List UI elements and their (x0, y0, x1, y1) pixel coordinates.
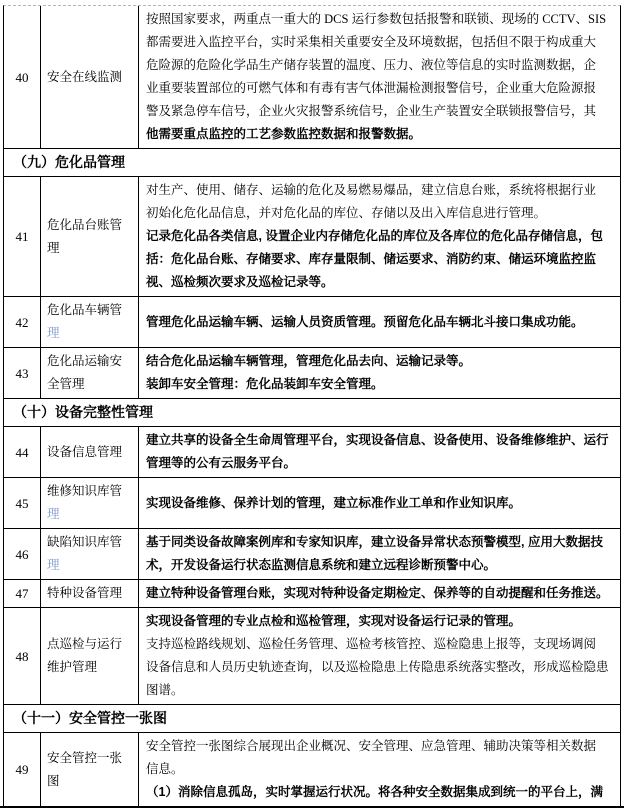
row-name-text: 点巡检与运行维护管理 (47, 633, 133, 679)
row-description-cell: 安全管控一张图综合展现出企业概况、安全管理、应急管理、辅助决策等相关数据 信息。… (139, 733, 620, 806)
row-name-text: 特种设备管理 (47, 582, 133, 605)
row-name-cell: 点巡检与运行维护管理 (41, 608, 139, 704)
description-paragraph: 装卸车安全管理：危化品装卸车安全管理。 (146, 373, 616, 396)
row-name-cell: 设备信息管理 (41, 427, 139, 477)
description-paragraph: 管理危化品运输车辆、运输人员资质管理。预留危化品车辆北斗接口集成功能。 (146, 311, 616, 334)
row-name-text: 危化品台账管理 (47, 214, 133, 260)
section-header-row: （十一）安全管控一张图 (4, 705, 620, 733)
row-number-cell: 41 (4, 177, 41, 296)
row-name-text: 缺陷知识库管理 (47, 531, 133, 577)
table-row: 43危化品运输安全管理结合危化品运输车辆管理，管理危化品去向、运输记录等。装卸车… (4, 348, 620, 399)
row-number-cell: 48 (4, 608, 41, 704)
row-name-text: 维修知识库管理 (47, 480, 133, 526)
name-tail-char: 理 (47, 558, 60, 572)
table-row: 48点巡检与运行维护管理实现设备管理的专业点检和巡检管理，实现对设备运行记录的管… (4, 608, 620, 705)
description-paragraph: 基于同类设备故障案例库和专家知识库，建立设备异常状态预警模型, 应用大数据技术，… (146, 531, 616, 577)
row-number-cell: 42 (4, 297, 41, 347)
row-description-cell: 管理危化品运输车辆、运输人员资质管理。预留危化品车辆北斗接口集成功能。 (139, 297, 620, 347)
description-paragraph: 安全管控一张图综合展现出企业概况、安全管理、应急管理、辅助决策等相关数据 信息。 (146, 735, 616, 781)
row-name-cell: 安全管控一张图 (41, 733, 139, 806)
description-paragraph: （1）消除信息孤岛，实时掌握运行状况。将各种安全数据集成到统一的平台上，满 (146, 781, 616, 804)
row-description-cell: 建立共享的设备全生命周管理平台，实现设备信息、设备使用、设备维修维护、运行管理等… (139, 427, 620, 477)
description-paragraph: 对生产、使用、储存、运输的危化及易燃易爆品，建立信息台账，系统将根据行业 初始化… (146, 179, 616, 225)
specification-table: 40安全在线监测按照国家要求，两重点一重大的 DCS 运行参数包括报警和联锁、现… (3, 5, 621, 807)
row-name-cell: 危化品台账管理 (41, 177, 139, 296)
row-number-cell: 44 (4, 427, 41, 477)
document-page: { "styles": { "background": "#ffffff", "… (0, 0, 624, 809)
row-name-text: 危化品车辆管理 (47, 299, 133, 345)
row-name-text: 安全管控一张图 (47, 747, 133, 793)
name-tail-char: 理 (47, 507, 60, 521)
row-name-cell: 危化品车辆管理 (41, 297, 139, 347)
row-description-cell: 对生产、使用、储存、运输的危化及易燃易爆品，建立信息台账，系统将根据行业 初始化… (139, 177, 620, 296)
table-row: 40安全在线监测按照国家要求，两重点一重大的 DCS 运行参数包括报警和联锁、现… (4, 6, 620, 149)
description-paragraph: 实现设备管理的专业点检和巡检管理，实现对设备运行记录的管理。 (146, 610, 616, 633)
description-paragraph: 实现设备维修、保养计划的管理，建立标准作业工单和作业知识库。 (146, 492, 616, 515)
description-paragraph: 建立共享的设备全生命周管理平台，实现设备信息、设备使用、设备维修维护、运行管理等… (146, 429, 616, 475)
row-description-cell: 基于同类设备故障案例库和专家知识库，建立设备异常状态预警模型, 应用大数据技术，… (139, 529, 620, 579)
section-header-row: （九）危化品管理 (4, 149, 620, 177)
description-paragraph: 支持巡检路线规划、巡检任务管理、巡检考核管控、巡检隐患上报等，支现场调阅 设备信… (146, 633, 616, 702)
row-name-cell: 危化品运输安全管理 (41, 348, 139, 398)
table-row: 42危化品车辆管理管理危化品运输车辆、运输人员资质管理。预留危化品车辆北斗接口集… (4, 297, 620, 348)
description-paragraph: 按照国家要求，两重点一重大的 DCS 运行参数包括报警和联锁、现场的 CCTV、… (146, 8, 616, 123)
row-name-text: 安全在线监测 (47, 66, 133, 89)
row-name-text: 危化品运输安全管理 (47, 350, 133, 396)
row-number-cell: 40 (4, 6, 41, 148)
row-description-cell: 按照国家要求，两重点一重大的 DCS 运行参数包括报警和联锁、现场的 CCTV、… (139, 6, 620, 148)
description-paragraph: 建立特种设备管理台账，实现对特种设备定期检定、保养等的自动提醒和任务推送。 (146, 582, 616, 605)
row-name-cell: 特种设备管理 (41, 580, 139, 607)
table-row: 45维修知识库管理实现设备维修、保养计划的管理，建立标准作业工单和作业知识库。 (4, 478, 620, 529)
row-name-cell: 缺陷知识库管理 (41, 529, 139, 579)
name-tail-char: 理 (47, 326, 60, 340)
description-paragraph: 结合危化品运输车辆管理，管理危化品去向、运输记录等。 (146, 350, 616, 373)
description-paragraph: 他需要重点监控的工艺参数监控数据和报警数据。 (146, 123, 616, 146)
section-header-row: （十）设备完整性管理 (4, 399, 620, 427)
table-row: 46缺陷知识库管理基于同类设备故障案例库和专家知识库，建立设备异常状态预警模型,… (4, 529, 620, 580)
row-description-cell: 建立特种设备管理台账，实现对特种设备定期检定、保养等的自动提醒和任务推送。 (139, 580, 620, 607)
table-row: 49安全管控一张图安全管控一张图综合展现出企业概况、安全管理、应急管理、辅助决策… (4, 733, 620, 807)
description-paragraph: 记录危化品各类信息, 设置企业内存储危化品的库位及各库位的危化品存储信息，包括：… (146, 225, 616, 294)
table-row: 41危化品台账管理对生产、使用、储存、运输的危化及易燃易爆品，建立信息台账，系统… (4, 177, 620, 297)
row-name-cell: 安全在线监测 (41, 6, 139, 148)
row-number-cell: 43 (4, 348, 41, 398)
row-description-cell: 实现设备管理的专业点检和巡检管理，实现对设备运行记录的管理。支持巡检路线规划、巡… (139, 608, 620, 704)
table-row: 47特种设备管理建立特种设备管理台账，实现对特种设备定期检定、保养等的自动提醒和… (4, 580, 620, 608)
table-row: 44设备信息管理建立共享的设备全生命周管理平台，实现设备信息、设备使用、设备维修… (4, 427, 620, 478)
row-name-text: 设备信息管理 (47, 441, 133, 464)
row-number-cell: 47 (4, 580, 41, 607)
row-name-cell: 维修知识库管理 (41, 478, 139, 528)
row-number-cell: 46 (4, 529, 41, 579)
page-bottom-edge (0, 806, 624, 808)
row-number-cell: 49 (4, 733, 41, 806)
row-number-cell: 45 (4, 478, 41, 528)
row-description-cell: 结合危化品运输车辆管理，管理危化品去向、运输记录等。装卸车安全管理：危化品装卸车… (139, 348, 620, 398)
row-description-cell: 实现设备维修、保养计划的管理，建立标准作业工单和作业知识库。 (139, 478, 620, 528)
